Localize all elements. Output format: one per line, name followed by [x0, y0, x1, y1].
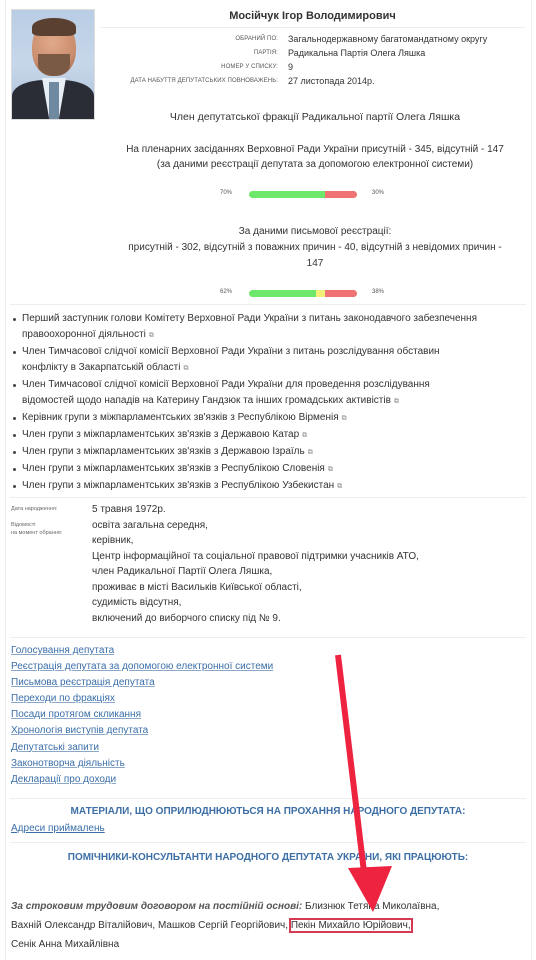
- info-label-2: на момент обрання:: [11, 529, 62, 537]
- external-link-icon[interactable]: ⧉: [308, 445, 313, 461]
- external-link-icon[interactable]: ⧉: [342, 411, 347, 427]
- meta-value-list-number: 9: [288, 62, 293, 72]
- meta-key-mandate-date: ДАТА НАБУТТЯ ДЕПУТАТСЬКИХ ПОВНОВАЖЕНЬ:: [100, 78, 288, 84]
- deputy-meta: ОБРАНИЙ ПО:Загальнодержавному багатоманд…: [100, 32, 525, 88]
- assistant-names-3: Сенік Анна Михайлівна: [11, 939, 119, 950]
- deputy-photo: [11, 9, 95, 120]
- bio-values: 5 травня 1972р. освіта загальна середня,…: [92, 502, 419, 626]
- meta-key-party: ПАРТІЯ:: [100, 50, 288, 56]
- link-electronic-registration[interactable]: Реєстрація депутата за допомогою електро…: [11, 659, 273, 675]
- written-attendance-text2: присутній - 302, відсутній з поважних пр…: [100, 240, 530, 255]
- list-item: Член групи з міжпарламентських зв'язків …: [22, 461, 536, 478]
- birth-date-label: Дата народження:: [11, 505, 57, 513]
- info-label-1: Відомості: [11, 521, 36, 529]
- attendance-progress: [249, 290, 357, 297]
- external-link-icon[interactable]: ⧉: [302, 428, 307, 444]
- meta-key-list-number: НОМЕР У СПИСКУ:: [100, 64, 288, 70]
- divider: [10, 497, 526, 498]
- assistant-names-1: Близнюк Тетяна Миколаївна,: [302, 901, 439, 912]
- divider: [10, 637, 526, 638]
- external-link-icon[interactable]: ⧉: [328, 462, 333, 478]
- link-positions[interactable]: Посади протягом скликання: [11, 707, 273, 723]
- divider: [10, 842, 526, 843]
- positions-list: Перший заступник голови Комітету Верховн…: [10, 311, 536, 495]
- list-item: Член групи з міжпарламентських зв'язків …: [22, 444, 536, 461]
- list-item: Член групи з міжпарламентських зв'язків …: [22, 427, 536, 444]
- list-item: Член Тимчасової слідчої комісії Верховно…: [22, 377, 536, 410]
- link-written-registration[interactable]: Письмова реєстрація депутата: [11, 675, 273, 691]
- meta-value-mandate-date: 27 листопада 2014р.: [288, 76, 374, 86]
- external-link-icon[interactable]: ⧉: [183, 361, 188, 377]
- highlighted-assistant: Пекін Михайло Юрійович,: [291, 920, 411, 931]
- faction-text: Член депутатської фракції Радикальної па…: [100, 110, 530, 125]
- link-reception-addresses[interactable]: Адреси приймалень: [11, 823, 105, 834]
- link-inquiries[interactable]: Депутатські запити: [11, 740, 273, 756]
- present-percent: 70%: [220, 190, 232, 196]
- written-attendance-text3: 147: [100, 256, 530, 271]
- meta-value-district: Загальнодержавному багатомандатному окру…: [288, 34, 487, 44]
- written-attendance-bar: 62% 38%: [200, 289, 400, 299]
- deputy-links: Голосування депутата Реєстрація депутата…: [11, 643, 273, 788]
- present-percent: 62%: [220, 289, 232, 295]
- link-faction-transfers[interactable]: Переходи по фракціях: [11, 691, 273, 707]
- divider: [10, 304, 526, 305]
- electronic-attendance-text1: На пленарних засіданнях Верховної Ради У…: [100, 142, 530, 157]
- electronic-attendance-bar: 70% 30%: [200, 190, 400, 200]
- assistant-names-2: Вахній Олександр Віталійович, Машков Сер…: [11, 920, 288, 931]
- divider: [10, 798, 526, 799]
- list-item: Член групи з міжпарламентських зв'язків …: [22, 478, 536, 495]
- link-declarations[interactable]: Декларації про доходи: [11, 772, 273, 788]
- deputy-name: Мосійчук Ігор Володимирович: [100, 10, 525, 28]
- list-item: Перший заступник голови Комітету Верховн…: [22, 311, 536, 344]
- materials-heading: МАТЕРІАЛИ, ЩО ОПРИЛЮДНЮЮТЬСЯ НА ПРОХАННЯ…: [10, 806, 526, 817]
- assistants-heading: ПОМІЧНИКИ-КОНСУЛЬТАНТИ НАРОДНОГО ДЕПУТАТ…: [10, 852, 526, 863]
- link-speeches[interactable]: Хронологія виступів депутата: [11, 723, 273, 739]
- attendance-progress: [249, 191, 357, 198]
- list-item: Керівник групи з міжпарламентських зв'яз…: [22, 410, 536, 427]
- external-link-icon[interactable]: ⧉: [337, 479, 342, 495]
- meta-value-party: Радикальна Партія Олега Ляшка: [288, 48, 425, 58]
- link-voting[interactable]: Голосування депутата: [11, 643, 273, 659]
- written-attendance-text1: За даними письмової реєстрації:: [100, 224, 530, 239]
- absent-percent: 38%: [372, 289, 384, 295]
- assistants-list: За строковим трудовим договором на пості…: [11, 897, 521, 954]
- absent-percent: 30%: [372, 190, 384, 196]
- assistants-label: За строковим трудовим договором на пості…: [11, 901, 302, 912]
- external-link-icon[interactable]: ⧉: [394, 394, 399, 410]
- list-item: Член Тимчасової слідчої комісії Верховно…: [22, 344, 536, 377]
- external-link-icon[interactable]: ⧉: [149, 328, 154, 344]
- meta-key-district: ОБРАНИЙ ПО:: [100, 36, 288, 42]
- link-legislation[interactable]: Законотворча діяльність: [11, 756, 273, 772]
- electronic-attendance-text2: (за даними реєстрації депутата за допомо…: [100, 157, 530, 172]
